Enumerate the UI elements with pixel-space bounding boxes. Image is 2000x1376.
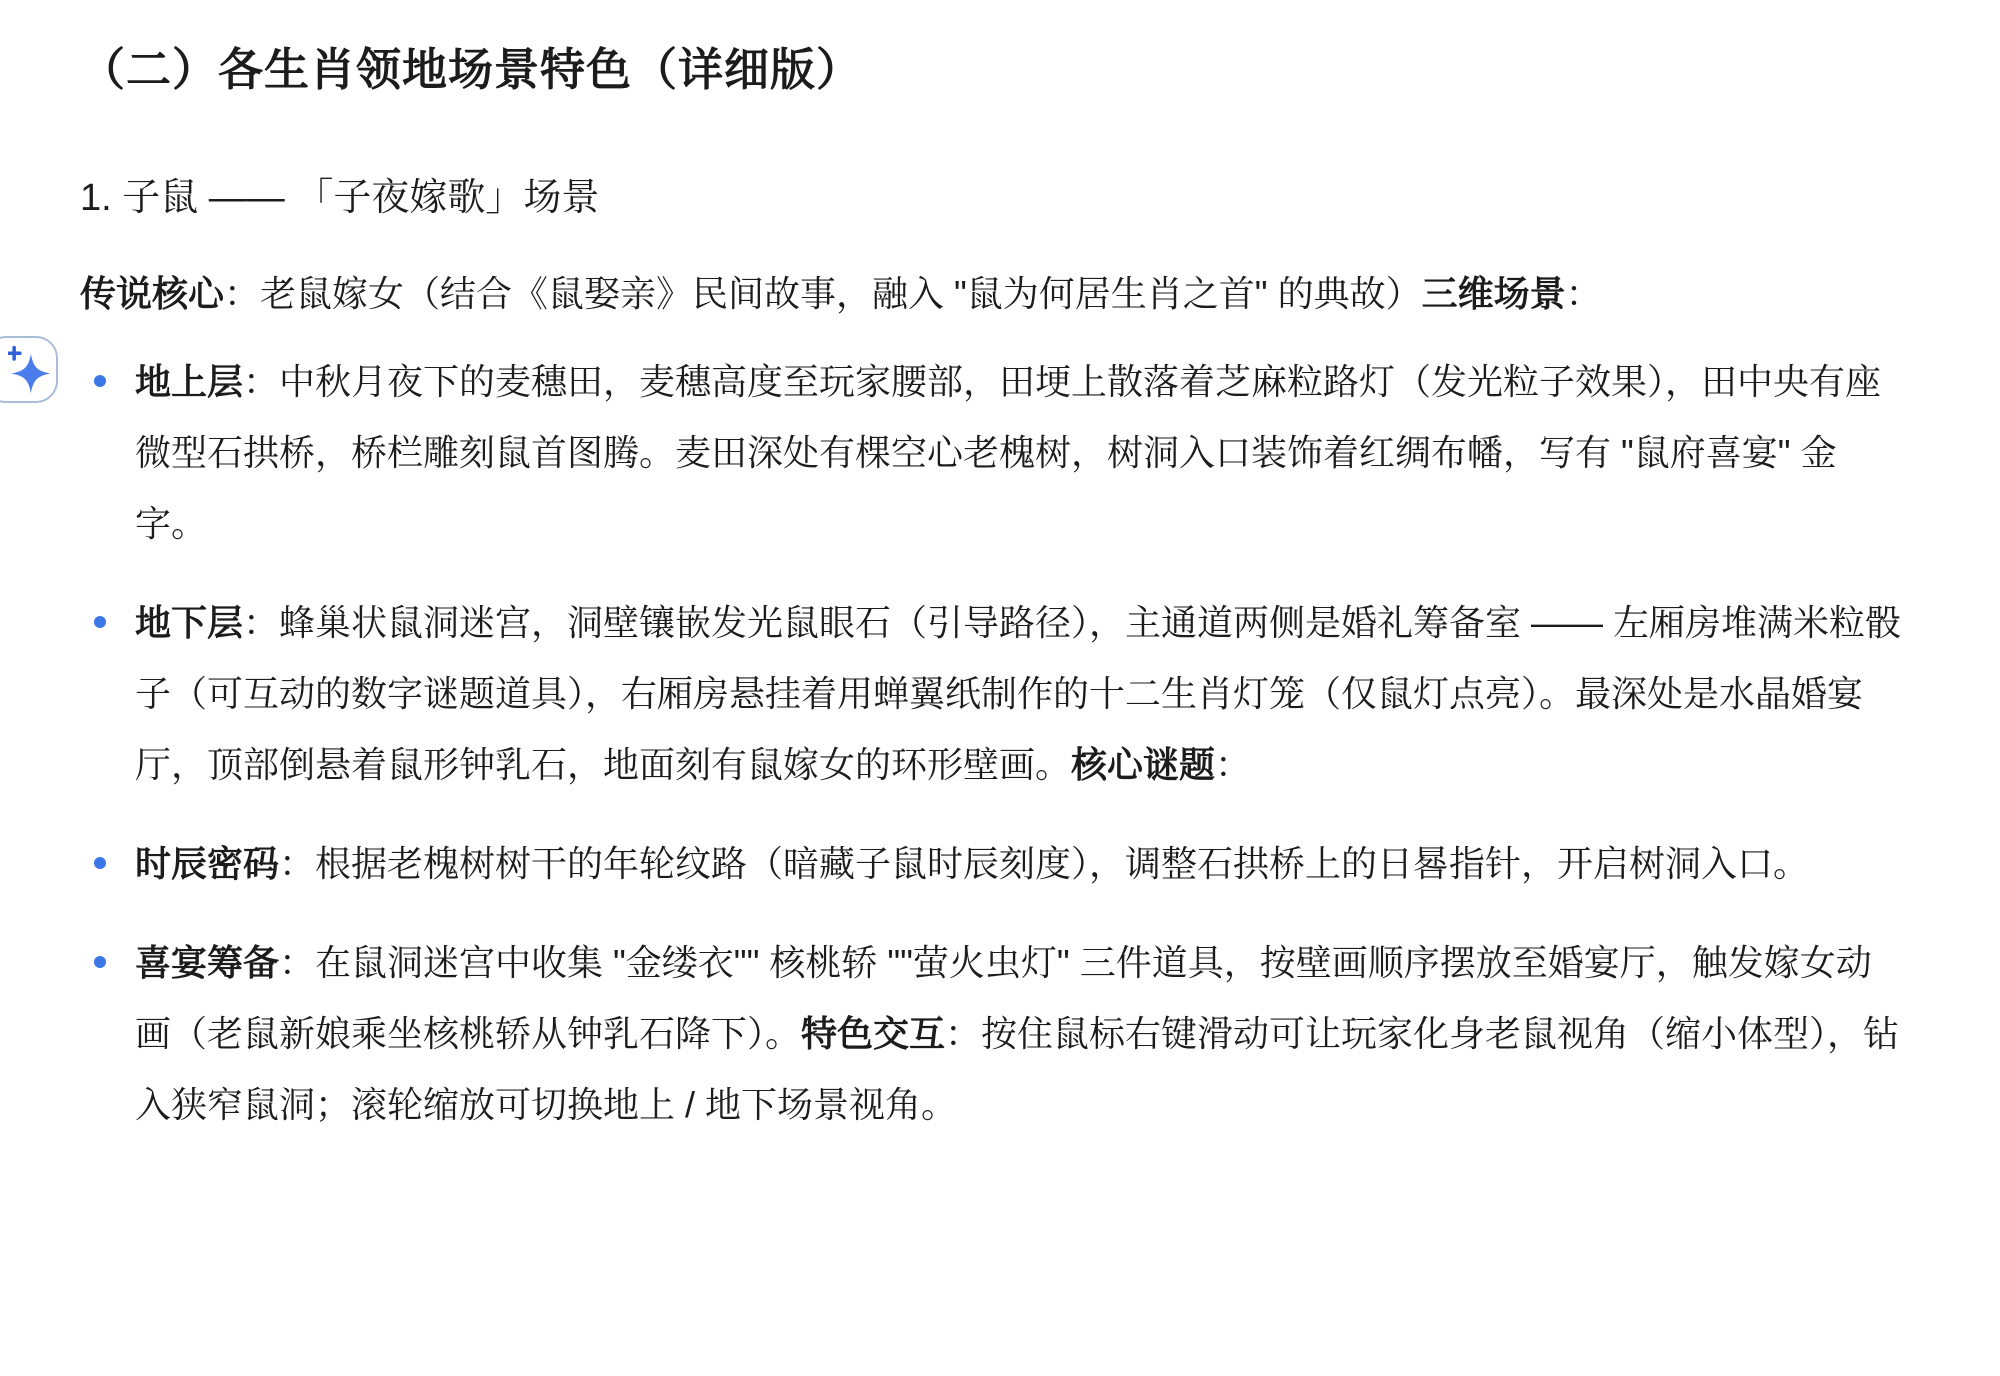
text-run: ：老鼠嫁女（结合《鼠娶亲》民间故事，融入 "鼠为何居生肖之首" 的典故）: [224, 273, 1422, 314]
text-run: 时辰密码: [135, 843, 279, 884]
ai-sparkle-icon[interactable]: [0, 336, 58, 403]
text-run: 三维场景: [1422, 273, 1566, 314]
text-run: 传说核心: [80, 273, 224, 314]
text-run: 地上层: [135, 361, 243, 402]
text-run: ：根据老槐树树干的年轮纹路（暗藏子鼠时辰刻度），调整石拱桥上的日晷指针，开启树洞…: [279, 843, 1809, 884]
bullet-dot-icon: [94, 857, 106, 869]
list-item-banquet-prep: 喜宴筹备：在鼠洞迷宫中收集 "金缕衣"" 核桃轿 ""萤火虫灯" 三件道具，按壁…: [80, 927, 1905, 1140]
section-heading: 1. 子鼠 —— 「子夜嫁歌」场景: [80, 174, 1905, 222]
list-item-ground-layer: 地上层：中秋月夜下的麦穗田，麦穗高度至玩家腰部，田埂上散落着芝麻粒路灯（发光粒子…: [80, 346, 1905, 559]
document-page: （二）各生肖领地场景特色（详细版） 1. 子鼠 —— 「子夜嫁歌」场景 传说核心…: [0, 0, 2000, 1376]
bullet-dot-icon: [94, 956, 106, 968]
bullet-dot-icon: [94, 375, 106, 387]
text-run: ：中秋月夜下的麦穗田，麦穗高度至玩家腰部，田埂上散落着芝麻粒路灯（发光粒子效果）…: [135, 361, 1881, 544]
text-run: 喜宴筹备: [135, 942, 279, 983]
text-run: 核心谜题: [1071, 744, 1215, 785]
text-run: ：蜂巢状鼠洞迷宫，洞壁镶嵌发光鼠眼石（引导路径），主通道两侧是婚礼筹备室 —— …: [135, 602, 1901, 785]
list-item-underground-layer: 地下层：蜂巢状鼠洞迷宫，洞壁镶嵌发光鼠眼石（引导路径），主通道两侧是婚礼筹备室 …: [80, 587, 1905, 800]
document-content: （二）各生肖领地场景特色（详细版） 1. 子鼠 —— 「子夜嫁歌」场景 传说核心…: [0, 0, 2000, 1140]
text-run: ：: [1566, 273, 1602, 314]
page-title: （二）各生肖领地场景特色（详细版）: [80, 42, 1905, 98]
sparkle-star-icon: [8, 344, 52, 396]
scene-feature-list: 地上层：中秋月夜下的麦穗田，麦穗高度至玩家腰部，田埂上散落着芝麻粒路灯（发光粒子…: [80, 346, 1905, 1140]
text-run: ：: [1215, 744, 1251, 785]
legend-core-paragraph: 传说核心：老鼠嫁女（结合《鼠娶亲》民间故事，融入 "鼠为何居生肖之首" 的典故）…: [80, 258, 1905, 329]
text-run: 特色交互: [801, 1013, 945, 1054]
text-run: 地下层: [135, 602, 243, 643]
list-item-hour-code: 时辰密码：根据老槐树树干的年轮纹路（暗藏子鼠时辰刻度），调整石拱桥上的日晷指针，…: [80, 828, 1905, 899]
bullet-dot-icon: [94, 616, 106, 628]
